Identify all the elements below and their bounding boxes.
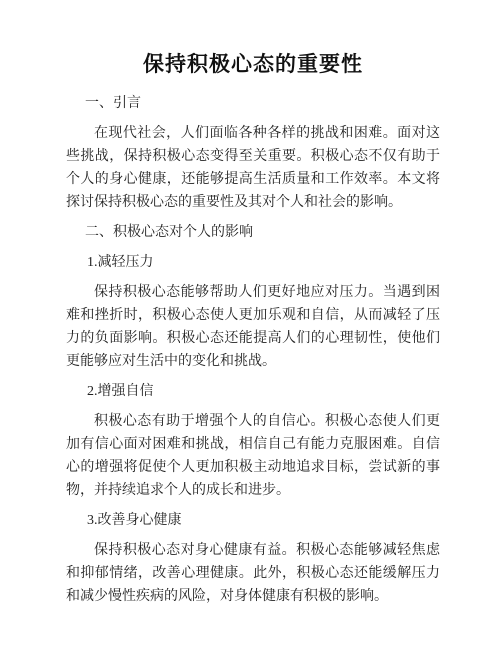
subsection-heading-confidence: 2.增强自信 [66,380,440,403]
document-page: 保持积极心态的重要性 一、引言 在现代社会，人们面临各种各样的挑战和困难。面对这… [0,0,502,649]
paragraph-confidence: 积极心态有助于增强个人的自信心。积极心态使人们更加有信心面对困难和挑战，相信自己… [66,410,440,502]
paragraph-introduction: 在现代社会，人们面临各种各样的挑战和困难。面对这些挑战，保持积极心态变得至关重要… [66,122,440,214]
subsection-heading-health: 3.改善身心健康 [66,509,440,532]
section-heading-personal-impact: 二、积极心态对个人的影响 [66,221,440,244]
section-heading-introduction: 一、引言 [66,92,440,115]
paragraph-stress-relief: 保持积极心态能够帮助人们更好地应对压力。当遇到困难和挫折时，积极心态使人更加乐观… [66,281,440,373]
paragraph-health: 保持积极心态对身心健康有益。积极心态能够减轻焦虑和抑郁情绪，改善心理健康。此外，… [66,539,440,608]
subsection-heading-stress-relief: 1.减轻压力 [66,251,440,274]
document-title: 保持积极心态的重要性 [66,50,440,78]
